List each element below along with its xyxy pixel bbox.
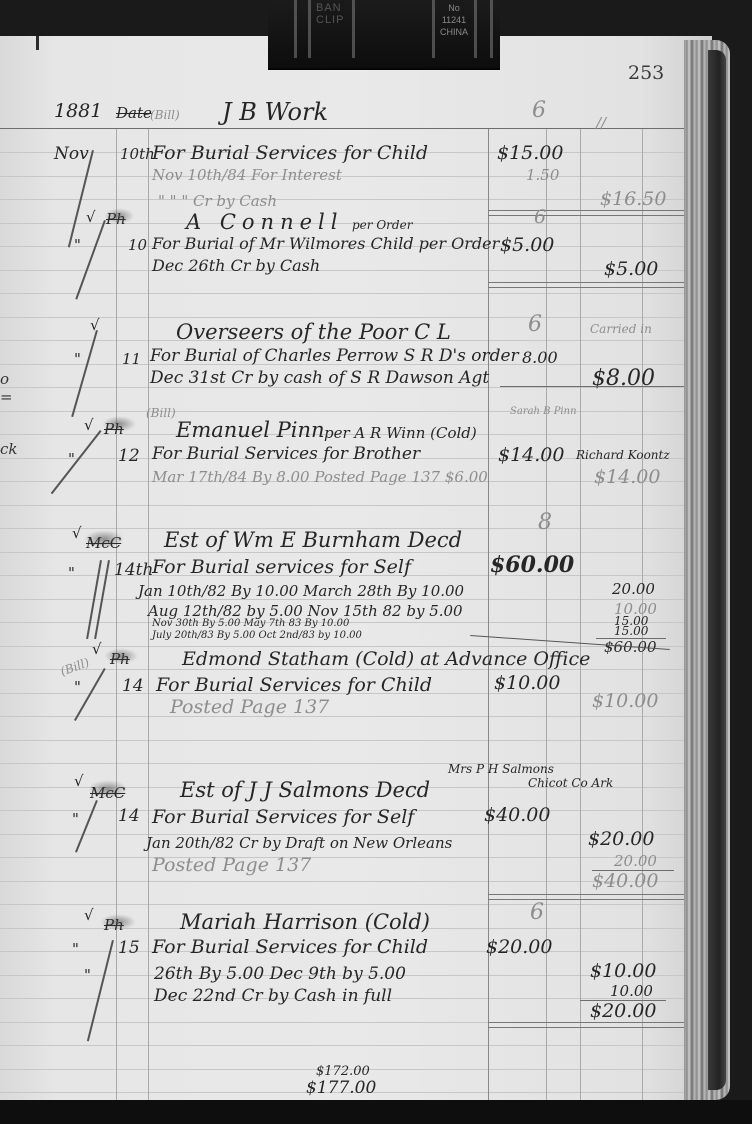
side-note: Richard Koontz <box>576 448 670 462</box>
ruled-line <box>0 552 684 553</box>
entry-month: " <box>84 966 91 984</box>
folio-mark: 6 <box>528 312 542 337</box>
total-amount: $40.00 <box>592 870 658 892</box>
account-name: Est of J J Salmons Decd <box>180 778 430 802</box>
debit-amount: $60.00 <box>490 552 574 578</box>
entry-line: Dec 22nd Cr by Cash in full <box>154 986 392 1006</box>
binder-clip: BAN CLIP No 11241 CHINA <box>268 0 500 70</box>
ink-smudge <box>102 416 136 432</box>
header-rule <box>0 128 684 129</box>
column-rule-edge <box>684 40 685 1100</box>
entry-line: Dec 26th Cr by Cash <box>152 256 320 275</box>
side-note: Carried in <box>590 322 652 336</box>
entry-line: For Burial Services for Self <box>152 806 414 828</box>
total-rule <box>488 210 684 216</box>
credit-amount: $10.00 <box>592 690 658 712</box>
entry-line: " " " Cr by Cash <box>158 192 277 210</box>
entry-line: Jan 20th/82 Cr by Draft on New Orleans <box>146 834 452 852</box>
debit-amount: $14.00 <box>498 444 564 466</box>
entry-day: 14 <box>118 806 140 826</box>
credit-amount: $10.00 <box>590 960 656 982</box>
ruled-line <box>0 881 684 882</box>
above-note: Chicot Co Ark <box>528 776 613 790</box>
entry-day: 10th <box>120 145 155 163</box>
debit-amount: $20.00 <box>486 936 552 958</box>
entry-line: Dec 31st Cr by cash of S R Dawson Agt <box>150 368 489 388</box>
ruled-line <box>0 646 684 647</box>
entry-line: For Burial Services for Child <box>152 936 428 958</box>
folio-mark: 6 <box>534 206 546 228</box>
ruled-line <box>0 199 684 200</box>
total-rule <box>488 894 684 900</box>
total-rule <box>488 1022 684 1028</box>
credit-amount: 20.00 <box>614 852 657 870</box>
margin-fragment: o <box>0 370 9 388</box>
entry-day: 14 <box>122 676 144 696</box>
entry-day: 15 <box>118 938 140 958</box>
entry-month: " <box>74 678 81 696</box>
entry-month: " <box>72 940 79 958</box>
entry-line: For Burial Services for Brother <box>152 444 420 464</box>
check-mark: √ <box>86 208 96 226</box>
name-note: per Order <box>352 218 412 232</box>
debit-amount: 1.50 <box>526 166 559 184</box>
credit-amount: $8.00 <box>592 366 655 391</box>
clip-model-text: No 11241 CHINA <box>440 2 468 38</box>
total-rule <box>500 386 684 387</box>
entry-line: Mar 17th/84 By 8.00 Posted Page 137 $6.0… <box>152 468 488 486</box>
entry-day: 12 <box>118 446 140 466</box>
account-name: Emanuel Pinn <box>176 418 325 442</box>
header-year: 1881 <box>54 100 102 122</box>
ruled-line <box>0 293 684 294</box>
header-bill-note: (Bill) <box>150 108 180 122</box>
debit-amount: $40.00 <box>484 804 550 826</box>
ruled-line <box>0 317 684 318</box>
account-name: A Connell <box>186 210 343 234</box>
debit-amount: $10.00 <box>494 672 560 694</box>
folio-mark: 6 <box>530 900 544 925</box>
check-mark: √ <box>92 640 102 658</box>
entry-line: Posted Page 137 <box>152 854 311 876</box>
entry-day: 10 <box>128 236 147 254</box>
debit-amount: $15.00 <box>497 142 563 164</box>
entry-line: Nov 10th/84 For Interest <box>152 166 342 184</box>
total-amount: $20.00 <box>590 1000 656 1022</box>
account-name: Edmond Statham (Cold) at Advance Office <box>182 648 590 670</box>
ink-smudge <box>104 208 134 224</box>
ruled-line <box>0 763 684 764</box>
name-note: per A R Winn (Cold) <box>324 424 477 442</box>
entry-line: For Burial of Charles Perrow S R D's ord… <box>150 346 519 366</box>
account-name: Est of Wm E Burnham Decd <box>164 528 462 552</box>
ink-smudge <box>88 780 128 798</box>
folio-mark: 8 <box>538 510 552 535</box>
total-rule <box>488 282 684 288</box>
column-rule-month <box>116 128 117 1100</box>
book-binding <box>708 50 726 1090</box>
ink-smudge <box>84 530 124 548</box>
ink-smudge <box>100 914 136 930</box>
credit-amount: $20.00 <box>588 828 654 850</box>
entry-line: 26th By 5.00 Dec 9th by 5.00 <box>154 964 406 984</box>
entry-line: Nov 30th By 5.00 May 7th 83 By 10.00 <box>152 618 349 629</box>
entry-line: Posted Page 137 <box>170 696 329 718</box>
entry-month: " <box>68 564 75 582</box>
margin-fragment: = <box>0 388 13 406</box>
page-number: 253 <box>628 62 664 84</box>
tick-mark: // <box>596 114 606 132</box>
credit-amount: $14.00 <box>594 466 660 488</box>
ink-smudge <box>104 648 138 664</box>
credit-amount: $16.50 <box>600 188 666 210</box>
ruled-line <box>0 176 684 177</box>
entry-line: July 20th/83 By 5.00 Oct 2nd/83 by 10.00 <box>152 630 362 641</box>
entry-month: " <box>74 236 81 254</box>
check-mark: √ <box>74 772 84 790</box>
folio-mark: 6 <box>532 98 546 123</box>
ruled-line <box>0 270 684 271</box>
entry-month: Nov <box>54 144 89 164</box>
margin-fragment: ck <box>0 440 18 458</box>
bill-note: (Bill) <box>146 406 176 420</box>
ruled-line <box>0 904 684 905</box>
header-struck-word: Date <box>116 104 152 122</box>
footer-total: $177.00 <box>306 1078 376 1098</box>
clip-brand-text: BAN CLIP <box>316 2 344 26</box>
debit-amount: 8.00 <box>522 348 558 367</box>
credit-amount: 20.00 <box>612 580 655 598</box>
credit-amount: 10.00 <box>610 982 653 1000</box>
ruled-line <box>0 1045 684 1046</box>
account-name: Overseers of the Poor C L <box>176 320 451 344</box>
check-mark: √ <box>84 416 94 434</box>
above-note: Mrs P H Salmons <box>448 762 554 776</box>
ruled-line <box>0 716 684 717</box>
entry-line: For Burial services for Self <box>152 556 411 578</box>
entry-day: 14th <box>114 560 153 580</box>
column-rule-credit <box>580 128 581 1100</box>
entry-month: " <box>72 810 79 828</box>
ruled-line <box>0 505 684 506</box>
entry-day: 11 <box>122 350 141 368</box>
entry-line: Jan 10th/82 By 10.00 March 28th By 10.00 <box>138 582 464 600</box>
entry-line: For Burial of Mr Wilmores Child per Orde… <box>152 234 499 253</box>
page-fold <box>36 36 39 50</box>
credit-amount: $5.00 <box>604 258 658 280</box>
above-note: Sarah B Pinn <box>510 406 577 417</box>
entry-line: For Burial Services for Child <box>152 142 428 164</box>
account-name: Mariah Harrison (Cold) <box>180 910 430 934</box>
ruled-line <box>0 857 684 858</box>
entry-month: " <box>74 350 81 368</box>
credit-amount: 15.00 <box>614 624 648 638</box>
check-mark: √ <box>72 524 82 542</box>
book-bottom-shadow <box>0 1100 752 1124</box>
ruled-line <box>0 740 684 741</box>
ruled-line <box>0 411 684 412</box>
debit-amount: $5.00 <box>500 234 554 256</box>
footer-total: $172.00 <box>316 1064 370 1079</box>
account-name: J B Work <box>222 98 328 126</box>
check-mark: √ <box>84 906 94 924</box>
entry-line: For Burial Services for Child <box>156 674 432 696</box>
